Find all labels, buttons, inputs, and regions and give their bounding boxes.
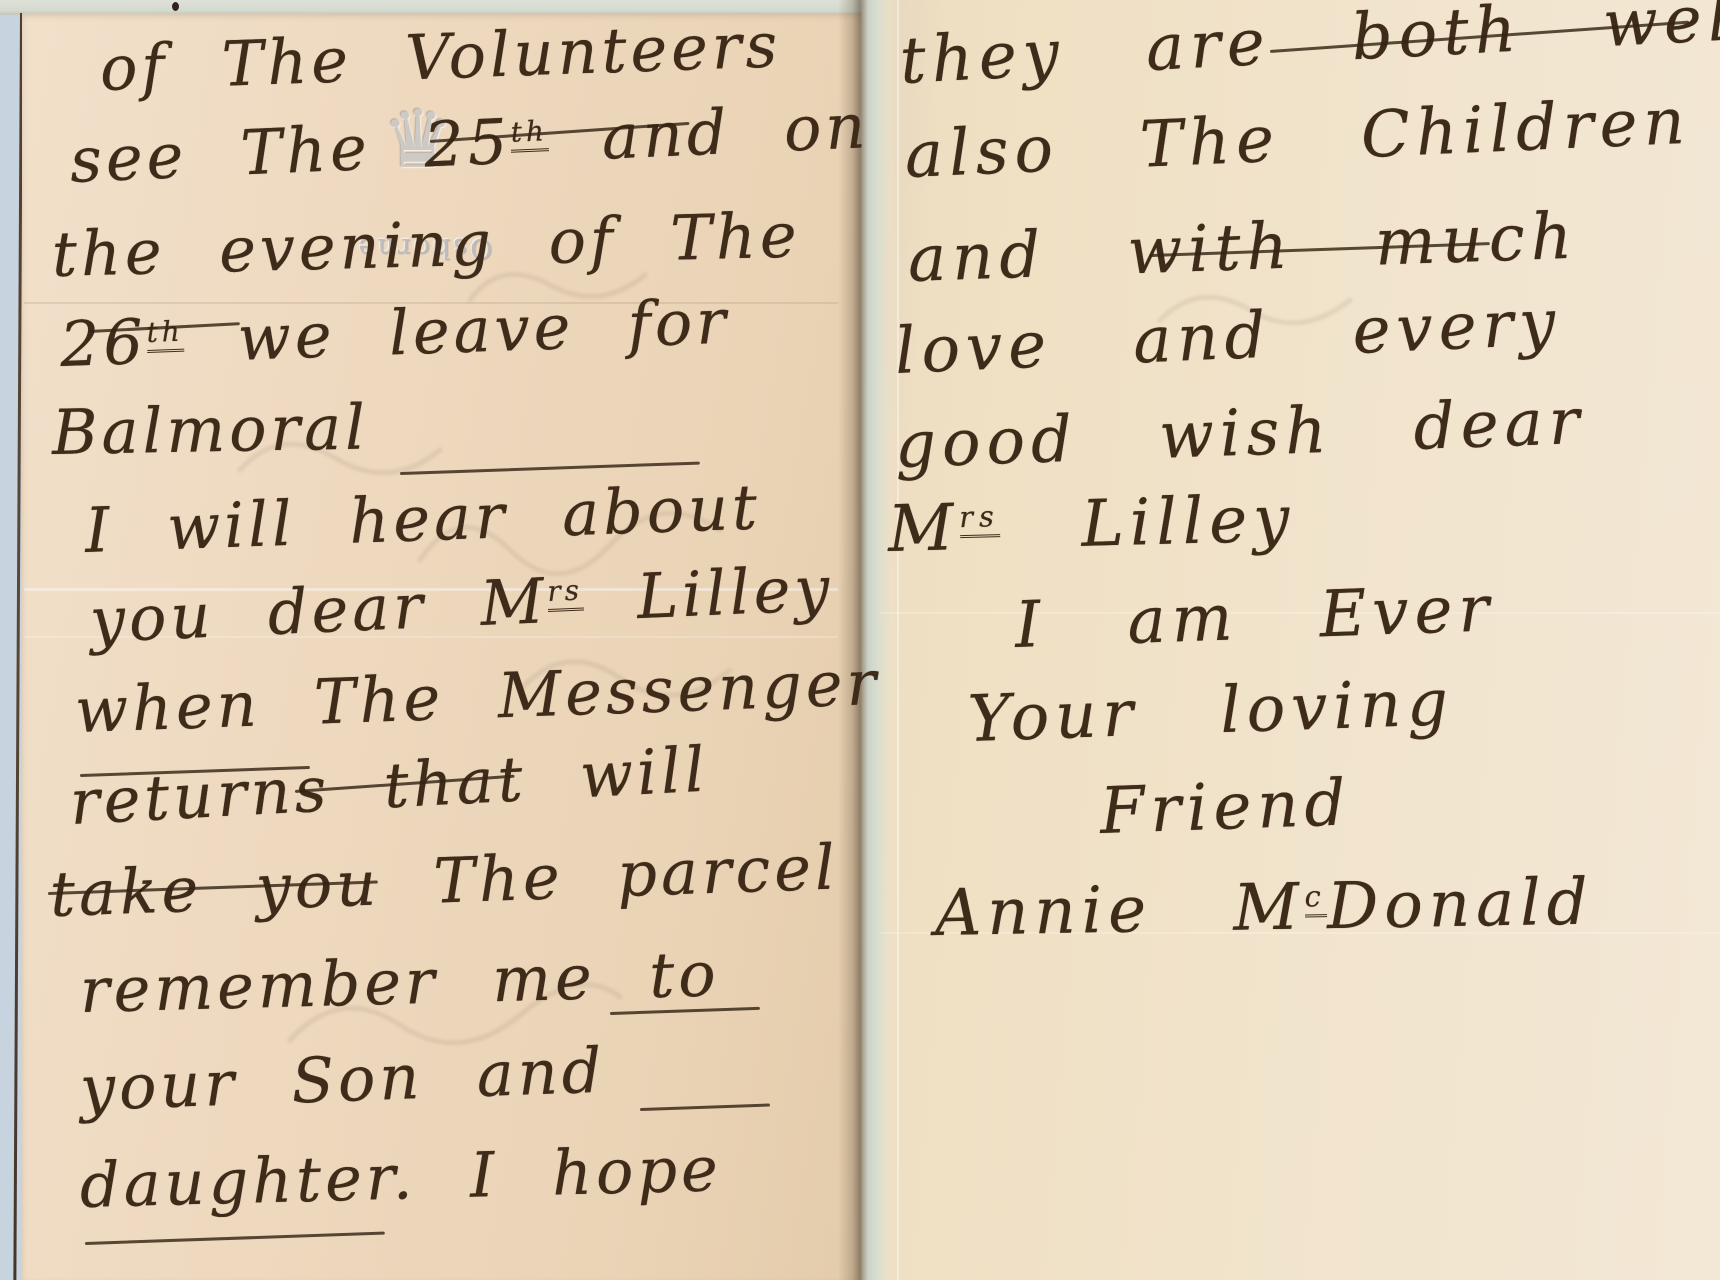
handwritten-line: daughter. I hope bbox=[79, 1138, 722, 1217]
handwritten-line: Balmoral bbox=[51, 396, 369, 464]
ink-spot bbox=[172, 2, 179, 11]
handwritten-line: I am Ever bbox=[1014, 577, 1496, 658]
handwritten-line: remember me to bbox=[79, 943, 720, 1022]
handwritten-line: the evening of The bbox=[51, 204, 801, 286]
signature-annie-mcdonald: Annie McDonald bbox=[934, 871, 1594, 946]
handwritten-line: your Son and bbox=[79, 1040, 606, 1120]
letter-scan: ♛ Osborne. of The Volunteers see The 25t… bbox=[0, 0, 1720, 1280]
centre-fold-seam bbox=[838, 0, 902, 1280]
fold-crease bbox=[897, 0, 899, 1280]
handwritten-line: Mrs Lilley bbox=[887, 487, 1296, 562]
handwritten-line: Your loving bbox=[967, 671, 1455, 752]
handwritten-line: Friend bbox=[1099, 771, 1353, 844]
